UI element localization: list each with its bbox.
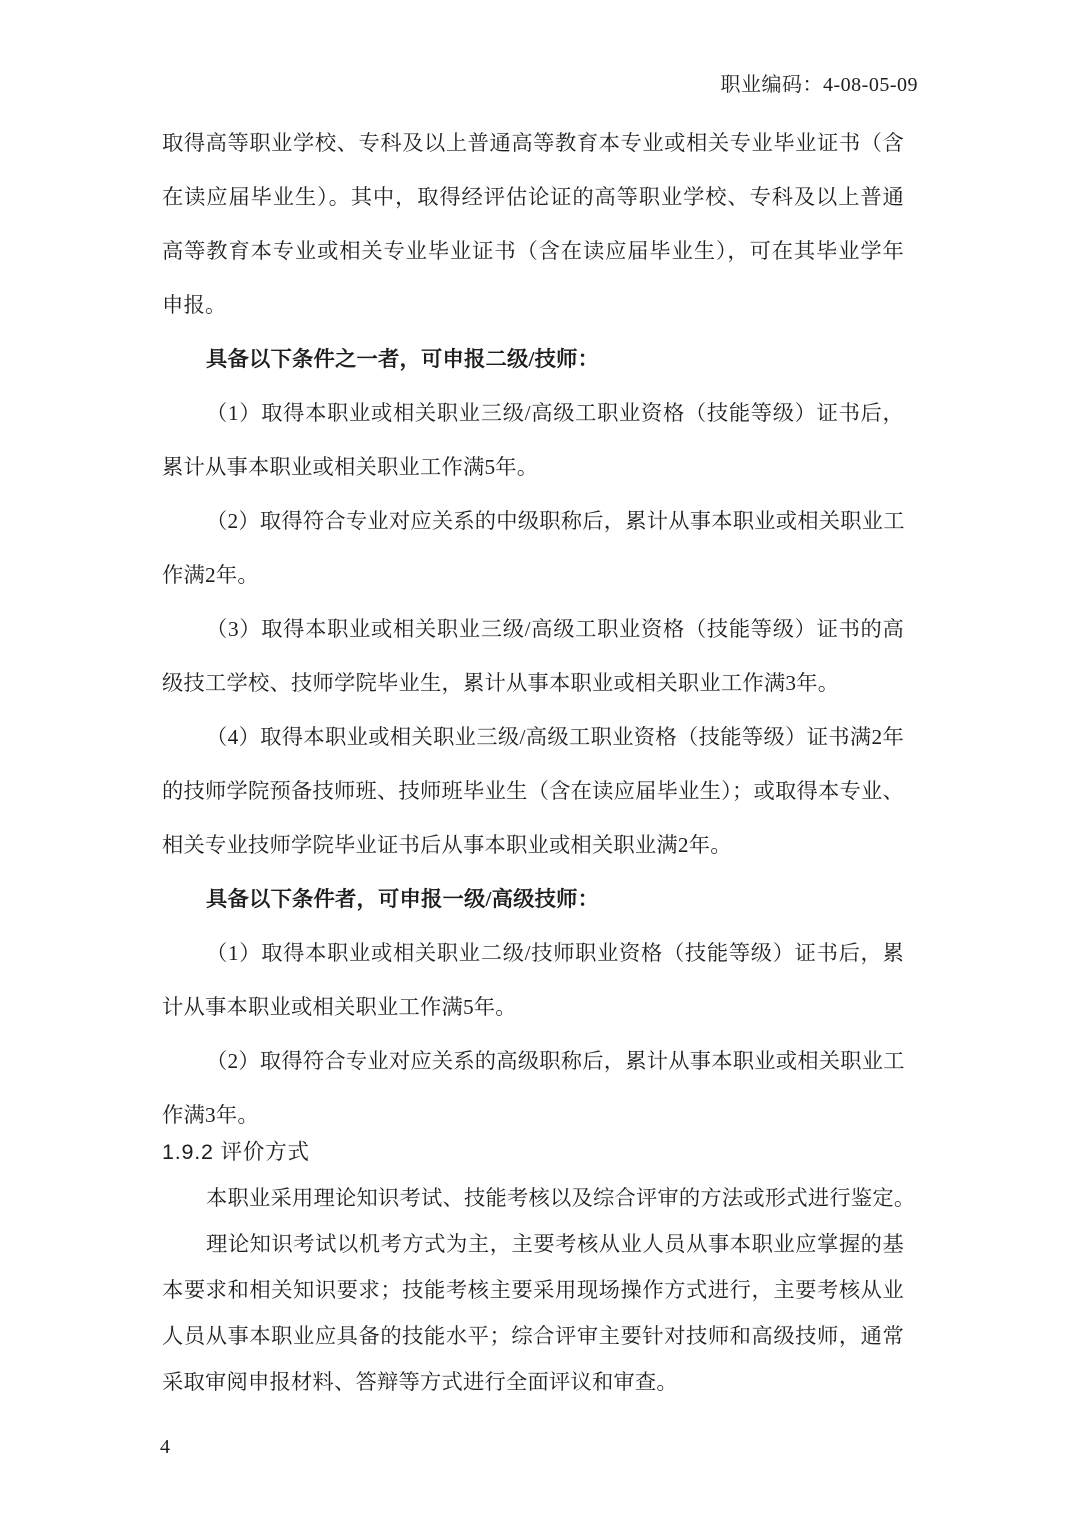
text-line: 人员从事本职业应具备的技能水平；综合评审主要针对技师和高级技师，通常 — [162, 1313, 904, 1359]
text-line: （2）取得符合专业对应关系的高级职称后，累计从事本职业或相关职业工 — [162, 1034, 904, 1088]
text-line: 取得高等职业学校、专科及以上普通高等教育本专业或相关专业毕业证书（含 — [162, 116, 904, 170]
text-line: 采取审阅申报材料、答辩等方式进行全面评议和审查。 — [162, 1359, 904, 1405]
document-page: 职业编码：4-08-05-09 取得高等职业学校、专科及以上普通高等教育本专业或… — [0, 0, 1080, 1527]
text-line: 申报。 — [162, 278, 904, 332]
text-line: 的技师学院预备技师班、技师班毕业生（含在读应届毕业生）；或取得本专业、 — [162, 764, 904, 818]
text-line: 具备以下条件之一者，可申报二级/技师： — [162, 332, 904, 386]
page-number: 4 — [160, 1433, 170, 1461]
text-line: （2）取得符合专业对应关系的中级职称后，累计从事本职业或相关职业工 — [162, 494, 904, 548]
body-text-evaluation: 1.9.2 评价方式本职业采用理论知识考试、技能考核以及综合评审的方法或形式进行… — [162, 1129, 904, 1405]
job-code-label: 职业编码：4-08-05-09 — [721, 70, 918, 100]
section-heading: 1.9.2 评价方式 — [162, 1129, 904, 1175]
text-line: 相关专业技师学院毕业证书后从事本职业或相关职业满2年。 — [162, 818, 904, 872]
text-line: 累计从事本职业或相关职业工作满5年。 — [162, 440, 904, 494]
text-line: （1）取得本职业或相关职业三级/高级工职业资格（技能等级）证书后， — [162, 386, 904, 440]
text-line: 作满2年。 — [162, 548, 904, 602]
text-line: 具备以下条件者，可申报一级/高级技师： — [162, 872, 904, 926]
text-line: （3）取得本职业或相关职业三级/高级工职业资格（技能等级）证书的高 — [162, 602, 904, 656]
text-line: 高等教育本专业或相关专业毕业证书（含在读应届毕业生），可在其毕业学年 — [162, 224, 904, 278]
text-line: 计从事本职业或相关职业工作满5年。 — [162, 980, 904, 1034]
text-line: 本要求和相关知识要求；技能考核主要采用现场操作方式进行，主要考核从业 — [162, 1267, 904, 1313]
text-line: （1）取得本职业或相关职业二级/技师职业资格（技能等级）证书后，累 — [162, 926, 904, 980]
text-line: （4）取得本职业或相关职业三级/高级工职业资格（技能等级）证书满2年 — [162, 710, 904, 764]
body-text-main: 取得高等职业学校、专科及以上普通高等教育本专业或相关专业毕业证书（含在读应届毕业… — [162, 116, 904, 1142]
text-line: 理论知识考试以机考方式为主，主要考核从业人员从事本职业应掌握的基 — [162, 1221, 904, 1267]
text-line: 级技工学校、技师学院毕业生，累计从事本职业或相关职业工作满3年。 — [162, 656, 904, 710]
text-line: 在读应届毕业生）。其中，取得经评估论证的高等职业学校、专科及以上普通 — [162, 170, 904, 224]
text-line: 本职业采用理论知识考试、技能考核以及综合评审的方法或形式进行鉴定。 — [162, 1175, 904, 1221]
